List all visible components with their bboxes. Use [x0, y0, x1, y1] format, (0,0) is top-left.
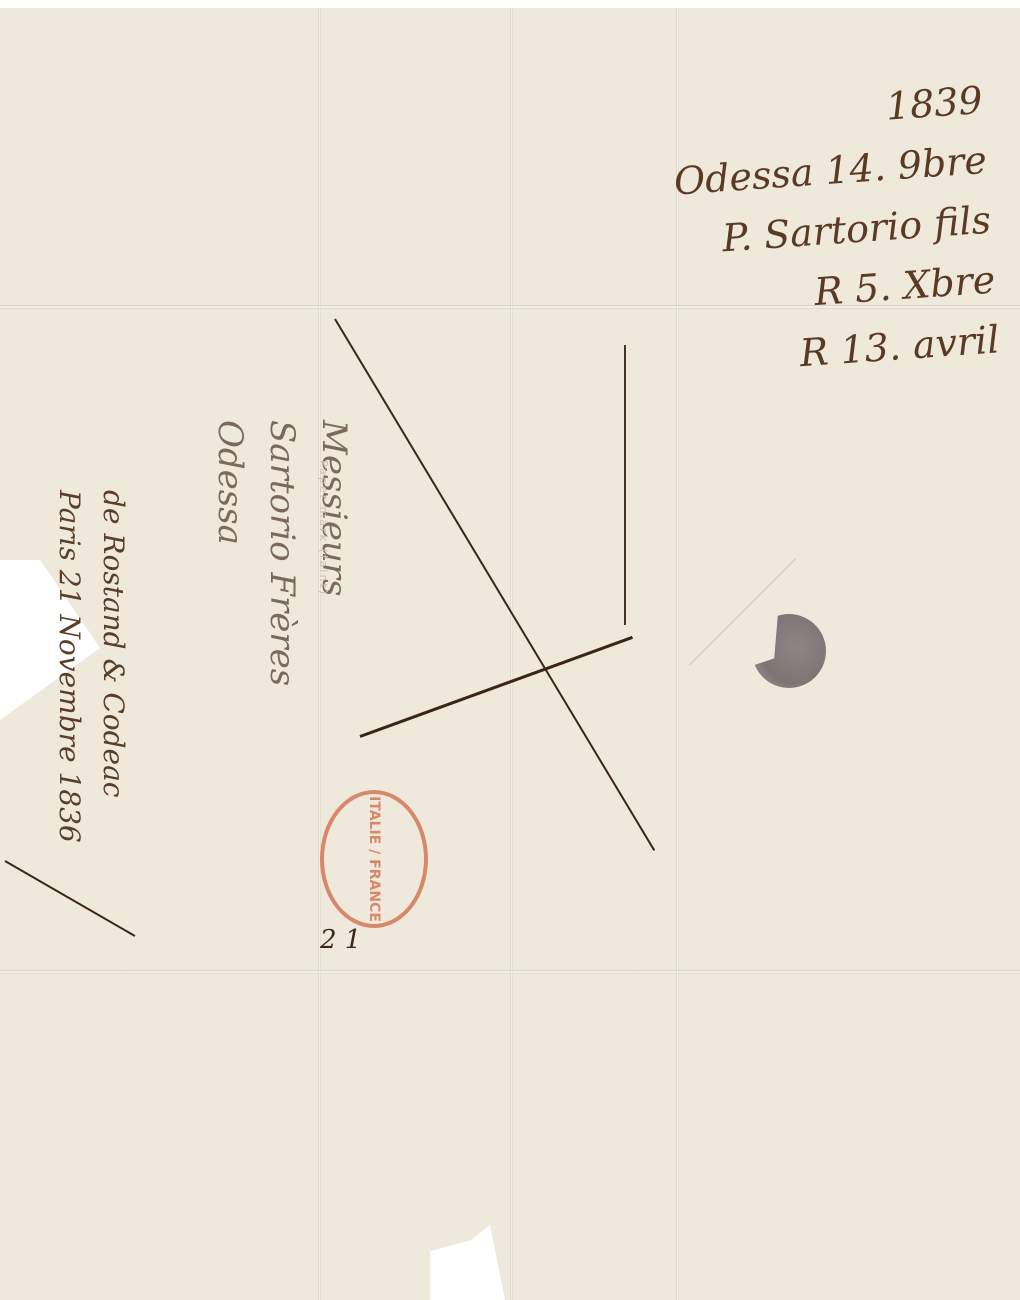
sender-name: de Rostand & Codeac	[91, 490, 135, 843]
fold-line-vertical	[510, 0, 513, 1300]
paper-tear-bottom	[430, 1225, 505, 1300]
paper-mark: Paper mark (faint)	[317, 460, 330, 596]
flourish-stroke	[359, 636, 633, 738]
cancel-stroke	[334, 318, 655, 850]
letter-sheet: 1839 Odessa 14. 9bre P. Sartorio fils R …	[0, 0, 1020, 1300]
fold-line-horizontal	[0, 970, 1020, 974]
docket-notation: 1839 Odessa 14. 9bre P. Sartorio fils R …	[667, 70, 1001, 391]
address-underline	[624, 345, 626, 625]
postage-rate-mark: 2 1	[320, 925, 361, 955]
sender-place-date: Paris 21 Novembre 1836	[47, 490, 91, 843]
address-salutation: Messieurs	[308, 420, 360, 686]
address-panel: Messieurs Sartorio Frères Odessa	[204, 420, 360, 686]
postmark-text: ITALIE / FRANCE	[366, 796, 382, 922]
sender-note: de Rostand & Codeac Paris 21 Novembre 18…	[47, 490, 135, 843]
scan-border	[0, 0, 1020, 8]
manuscript-rate-stroke	[5, 860, 136, 937]
postmark-stamp: ITALIE / FRANCE	[320, 790, 428, 928]
address-recipient: Sartorio Frères	[256, 420, 308, 686]
address-city: Odessa	[204, 420, 256, 686]
